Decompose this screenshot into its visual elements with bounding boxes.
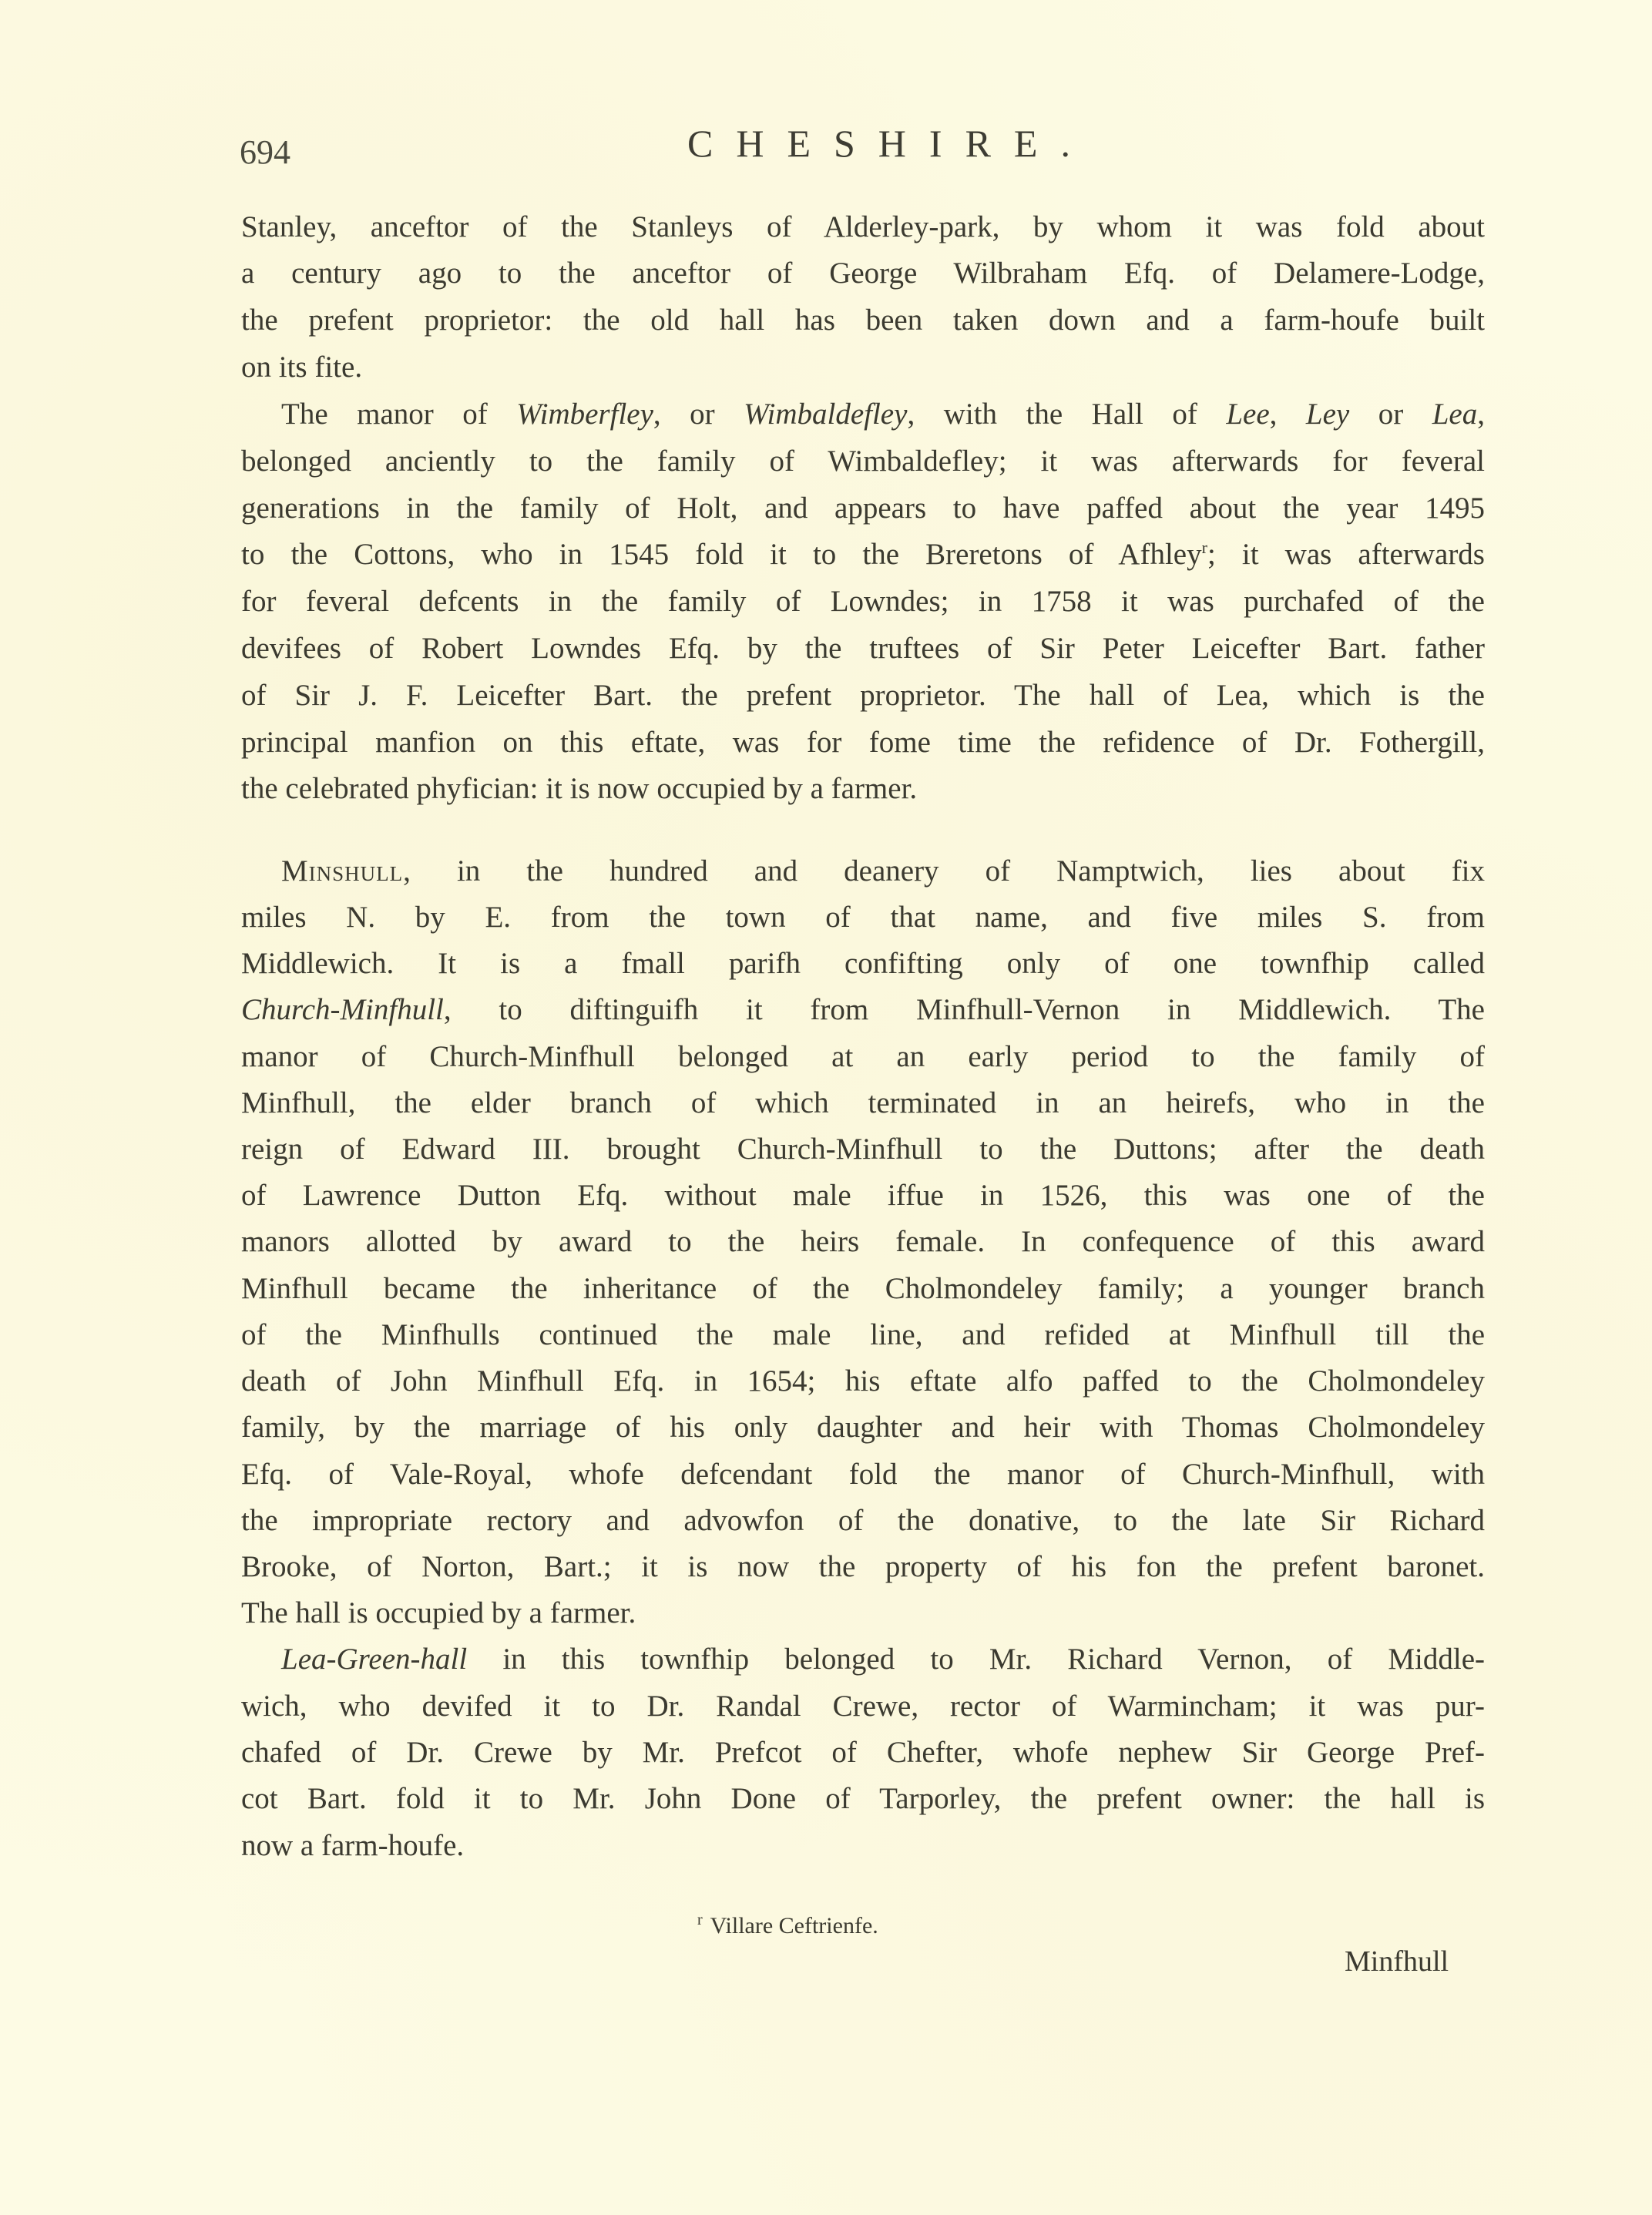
italic-place-name: Lea xyxy=(1432,398,1478,431)
text-line: the impropriate rectory and advowfon of … xyxy=(241,1498,1485,1544)
text-line: generations in the family of Holt, and a… xyxy=(241,485,1485,532)
text-line: cot Bart. fold it to Mr. John Done of Ta… xyxy=(241,1776,1485,1822)
italic-place-name: Ley xyxy=(1306,398,1349,431)
text-line-with-italics: Lea-Green-hall in this townfhip belonged… xyxy=(281,1636,1485,1683)
text-line: the prefent proprietor: the old hall has… xyxy=(241,297,1485,344)
text-line: belonged anciently to the family of Wimb… xyxy=(241,438,1485,485)
text-line-with-italics: Church-Minfhull, to diftinguifh it from … xyxy=(241,987,1485,1033)
text-line-section-start: Minshull, in the hundred and deanery of … xyxy=(281,848,1485,894)
text-line: for feveral defcents in the family of Lo… xyxy=(241,579,1485,625)
text-line: The hall is occupied by a farmer. xyxy=(241,1590,1485,1636)
text-line: on its fite. xyxy=(241,344,1485,391)
text-line: Stanley, anceftor of the Stanleys of Ald… xyxy=(241,204,1485,250)
running-head: CHESHIRE. xyxy=(687,120,1093,166)
text-line: wich, who devifed it to Dr. Randal Crewe… xyxy=(241,1683,1485,1730)
section-heading-smallcaps: Minshull xyxy=(281,854,403,888)
text-line: death of John Minfhull Efq. in 1654; his… xyxy=(241,1358,1485,1405)
catchword: Minfhull xyxy=(1345,1940,1449,1983)
footnote-mark: r xyxy=(697,1911,703,1928)
text-line: of Sir J. F. Leicefter Bart. the prefent… xyxy=(241,673,1485,719)
text-line: principal manfion on this eftate, was fo… xyxy=(241,720,1485,766)
italic-place-name: Lee xyxy=(1226,398,1269,431)
italic-place-name: Church-Minfhull xyxy=(241,993,444,1026)
text-line-with-footnote-ref: to the Cottons, who in 1545 fold it to t… xyxy=(241,532,1485,578)
text-line: Efq. of Vale-Royal, whofe defcendant fol… xyxy=(241,1451,1485,1498)
footnote-reference[interactable]: r xyxy=(1202,538,1207,557)
text-line: Middlewich. It is a fmall parifh confift… xyxy=(241,941,1485,987)
text-line: manors allotted by award to the heirs fe… xyxy=(241,1219,1485,1265)
text-line: of Lawrence Dutton Efq. without male iff… xyxy=(241,1173,1485,1219)
page-number: 694 xyxy=(240,129,290,176)
footnote: rVillare Ceftrienfe. xyxy=(697,1903,878,1943)
text-line: a century ago to the anceftor of George … xyxy=(241,250,1485,297)
text-line: family, by the marriage of his only daug… xyxy=(241,1405,1485,1451)
text-line: the celebrated phyfician: it is now occu… xyxy=(241,766,1485,812)
text-line: reign of Edward III. brought Church-Minf… xyxy=(241,1126,1485,1173)
text-line: chafed of Dr. Crewe by Mr. Prefcot of Ch… xyxy=(241,1730,1485,1776)
text-line: Brooke, of Norton, Bart.; it is now the … xyxy=(241,1544,1485,1590)
italic-place-name: Wimberfley xyxy=(516,398,653,431)
book-page: 694 CHESHIRE. Stanley, anceftor of the S… xyxy=(0,0,1652,2215)
text-line: of the Minfhulls continued the male line… xyxy=(241,1312,1485,1358)
text-line: Minfhull became the inheritance of the C… xyxy=(241,1266,1485,1312)
text-line: miles N. by E. from the town of that nam… xyxy=(241,894,1485,941)
italic-place-name: Lea-Green-hall xyxy=(281,1643,467,1676)
footnote-text: Villare Ceftrienfe. xyxy=(710,1913,878,1938)
text-line-with-italics: The manor of Wimberfley, or Wimbaldefley… xyxy=(281,391,1485,438)
text-line: now a farm-houfe. xyxy=(241,1823,1485,1869)
text-line: Minfhull, the elder branch of which term… xyxy=(241,1080,1485,1126)
text-line: manor of Church-Minfhull belonged at an … xyxy=(241,1034,1485,1080)
italic-place-name: Wimbaldefley xyxy=(744,398,907,431)
text-line: devifees of Robert Lowndes Efq. by the t… xyxy=(241,626,1485,672)
